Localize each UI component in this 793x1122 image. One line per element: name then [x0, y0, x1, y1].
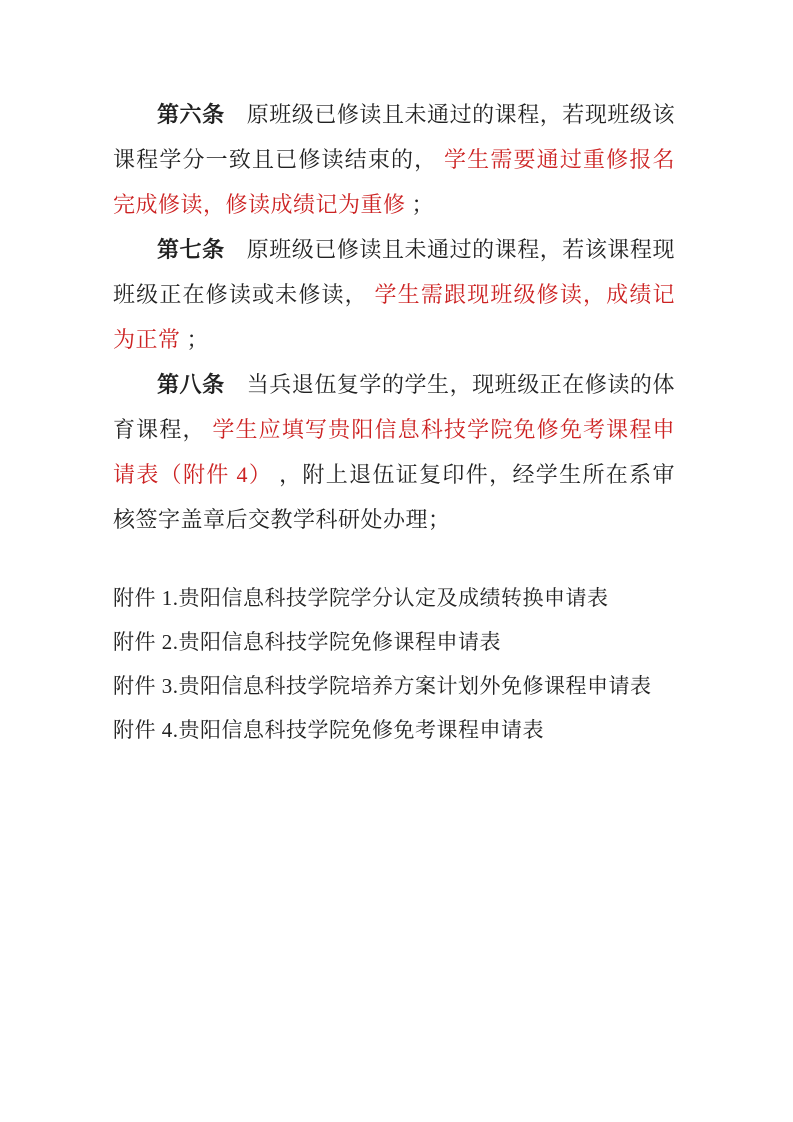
- attachment-item-3: 附件 3.贵阳信息科技学院培养方案计划外免修课程申请表: [113, 664, 675, 708]
- article-8-paragraph: 第八条 当兵退伍复学的学生，现班级正在修读的体育课程， 学生应填写贵阳信息科技学…: [113, 362, 675, 542]
- attachment-item-2: 附件 2.贵阳信息科技学院免修课程申请表: [113, 620, 675, 664]
- article-8-term: 第八条: [157, 372, 225, 397]
- attachment-item-1: 附件 1.贵阳信息科技学院学分认定及成绩转换申请表: [113, 576, 675, 620]
- document-page: 第六条 原班级已修读且未通过的课程，若现班级该课程学分一致且已修读结束的， 学生…: [0, 0, 793, 1122]
- article-6-paragraph: 第六条 原班级已修读且未通过的课程，若现班级该课程学分一致且已修读结束的， 学生…: [113, 92, 675, 227]
- attachment-item-4: 附件 4.贵阳信息科技学院免修免考课程申请表: [113, 708, 675, 752]
- article-6-closing-punctuation: ；: [412, 192, 435, 217]
- article-6-term: 第六条: [157, 102, 225, 127]
- article-7-paragraph: 第七条 原班级已修读且未通过的课程，若该课程现班级正在修读或未修读， 学生需跟现…: [113, 227, 675, 362]
- article-7-term: 第七条: [157, 237, 225, 262]
- article-7-closing-punctuation: ；: [187, 327, 210, 352]
- attachments-list: 附件 1.贵阳信息科技学院学分认定及成绩转换申请表 附件 2.贵阳信息科技学院免…: [113, 576, 675, 752]
- document-body: 第六条 原班级已修读且未通过的课程，若现班级该课程学分一致且已修读结束的， 学生…: [113, 92, 675, 752]
